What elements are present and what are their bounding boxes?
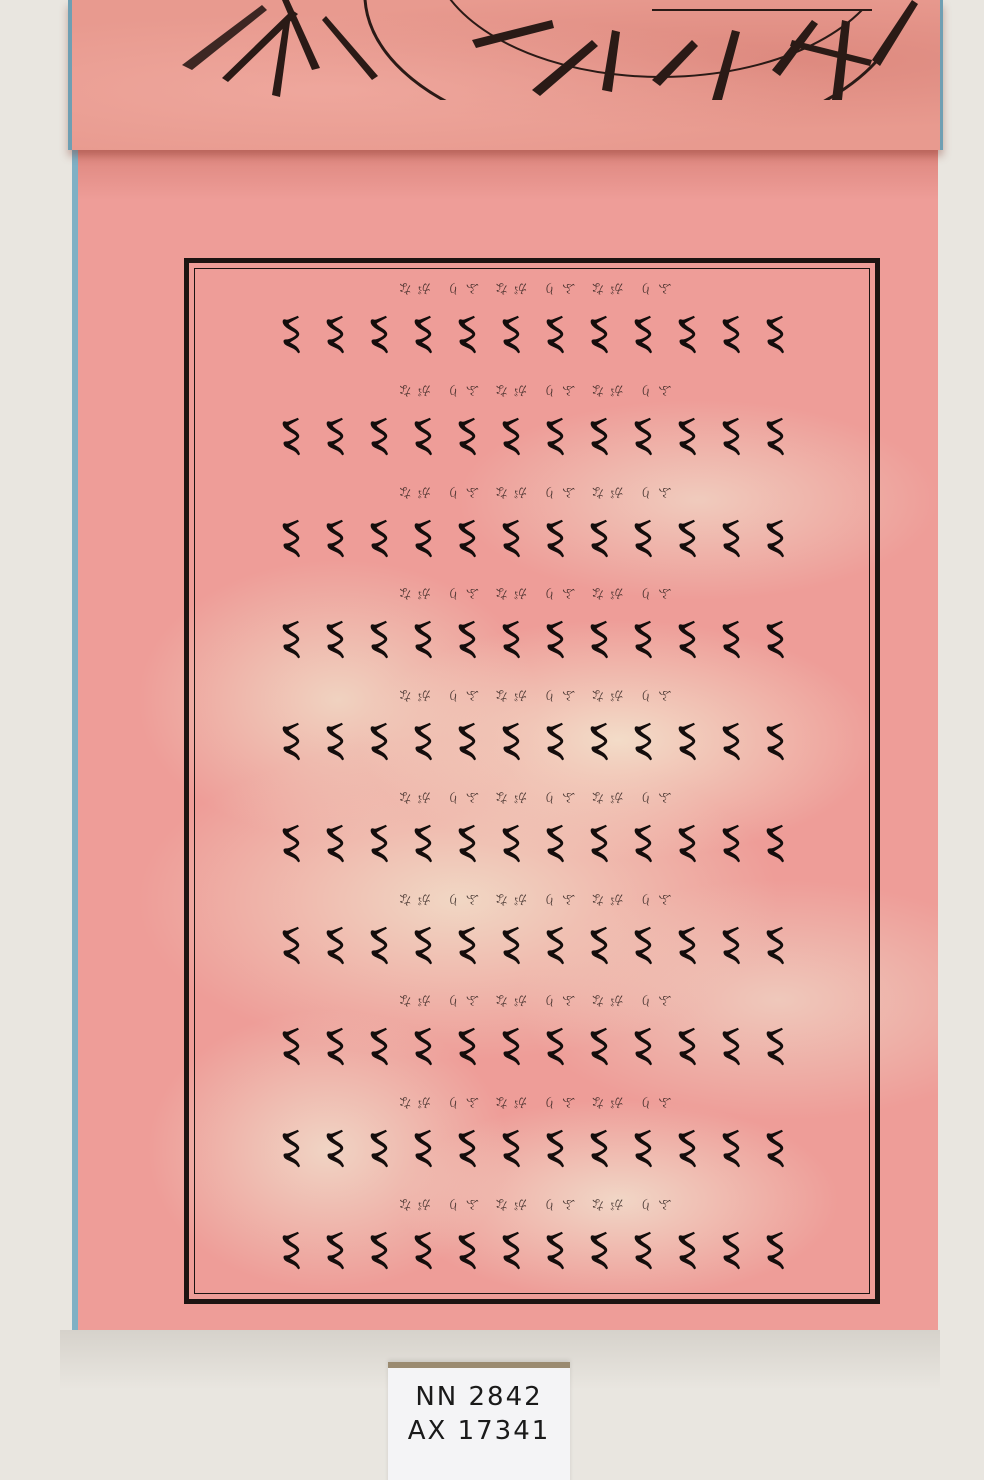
text-line: ふり がな ふり がな ふり がな 〻〻〻〻〻〻〻〻〻〻〻〻: [211, 989, 853, 1081]
text-lines: ふり がな ふり がな ふり がな 〻〻〻〻〻〻〻〻〻〻〻〻 ふり がな ふり …: [211, 277, 853, 1285]
book-page: ふり がな ふり がな ふり がな 〻〻〻〻〻〻〻〻〻〻〻〻 ふり がな ふり …: [72, 140, 938, 1330]
furigana: ふり がな ふり がな ふり がな: [211, 684, 853, 706]
cursive-text: 〻〻〻〻〻〻〻〻〻〻〻〻: [211, 1116, 853, 1179]
cursive-text: 〻〻〻〻〻〻〻〻〻〻〻〻: [211, 607, 853, 670]
furigana: ふり がな ふり がな ふり がな: [211, 1091, 853, 1113]
cursive-text: 〻〻〻〻〻〻〻〻〻〻〻〻: [211, 505, 853, 568]
cursive-text: 〻〻〻〻〻〻〻〻〻〻〻〻: [211, 810, 853, 873]
furigana: ふり がな ふり がな ふり がな: [211, 582, 853, 604]
cursive-text: 〻〻〻〻〻〻〻〻〻〻〻〻: [211, 1217, 853, 1280]
text-line: ふり がな ふり がな ふり がな 〻〻〻〻〻〻〻〻〻〻〻〻: [211, 277, 853, 369]
furigana: ふり がな ふり がな ふり がな: [211, 481, 853, 503]
text-line: ふり がな ふり がな ふり がな 〻〻〻〻〻〻〻〻〻〻〻〻: [211, 481, 853, 573]
text-line: ふり がな ふり がな ふり がな 〻〻〻〻〻〻〻〻〻〻〻〻: [211, 1193, 853, 1285]
cursive-text: 〻〻〻〻〻〻〻〻〻〻〻〻: [211, 1014, 853, 1077]
bamboo-moon-illustration: [172, 0, 932, 100]
catalog-number-2: AX 17341: [388, 1414, 570, 1448]
furigana: ふり がな ふり がな ふり がな: [211, 786, 853, 808]
text-block-frame: ふり がな ふり がな ふり がな 〻〻〻〻〻〻〻〻〻〻〻〻 ふり がな ふり …: [184, 258, 880, 1304]
catalog-number-1: NN 2842: [388, 1380, 570, 1414]
cursive-text: 〻〻〻〻〻〻〻〻〻〻〻〻: [211, 709, 853, 772]
cursive-text: 〻〻〻〻〻〻〻〻〻〻〻〻: [211, 912, 853, 975]
furigana: ふり がな ふり がな ふり がな: [211, 1193, 853, 1215]
furigana: ふり がな ふり がな ふり がな: [211, 888, 853, 910]
cursive-text: 〻〻〻〻〻〻〻〻〻〻〻〻: [211, 403, 853, 466]
text-line: ふり がな ふり がな ふり がな 〻〻〻〻〻〻〻〻〻〻〻〻: [211, 379, 853, 471]
furigana: ふり がな ふり がな ふり がな: [211, 379, 853, 401]
furigana: ふり がな ふり がな ふり がな: [211, 989, 853, 1011]
catalog-label: NN 2842 AX 17341: [388, 1362, 570, 1480]
text-line: ふり がな ふり がな ふり がな 〻〻〻〻〻〻〻〻〻〻〻〻: [211, 582, 853, 674]
folded-top-page: [68, 0, 943, 150]
text-line: ふり がな ふり がな ふり がな 〻〻〻〻〻〻〻〻〻〻〻〻: [211, 684, 853, 776]
text-line: ふり がな ふり がな ふり がな 〻〻〻〻〻〻〻〻〻〻〻〻: [211, 888, 853, 980]
text-line: ふり がな ふり がな ふり がな 〻〻〻〻〻〻〻〻〻〻〻〻: [211, 786, 853, 878]
text-line: ふり がな ふり がな ふり がな 〻〻〻〻〻〻〻〻〻〻〻〻: [211, 1091, 853, 1183]
furigana: ふり がな ふり がな ふり がな: [211, 277, 853, 299]
cursive-text: 〻〻〻〻〻〻〻〻〻〻〻〻: [211, 302, 853, 365]
